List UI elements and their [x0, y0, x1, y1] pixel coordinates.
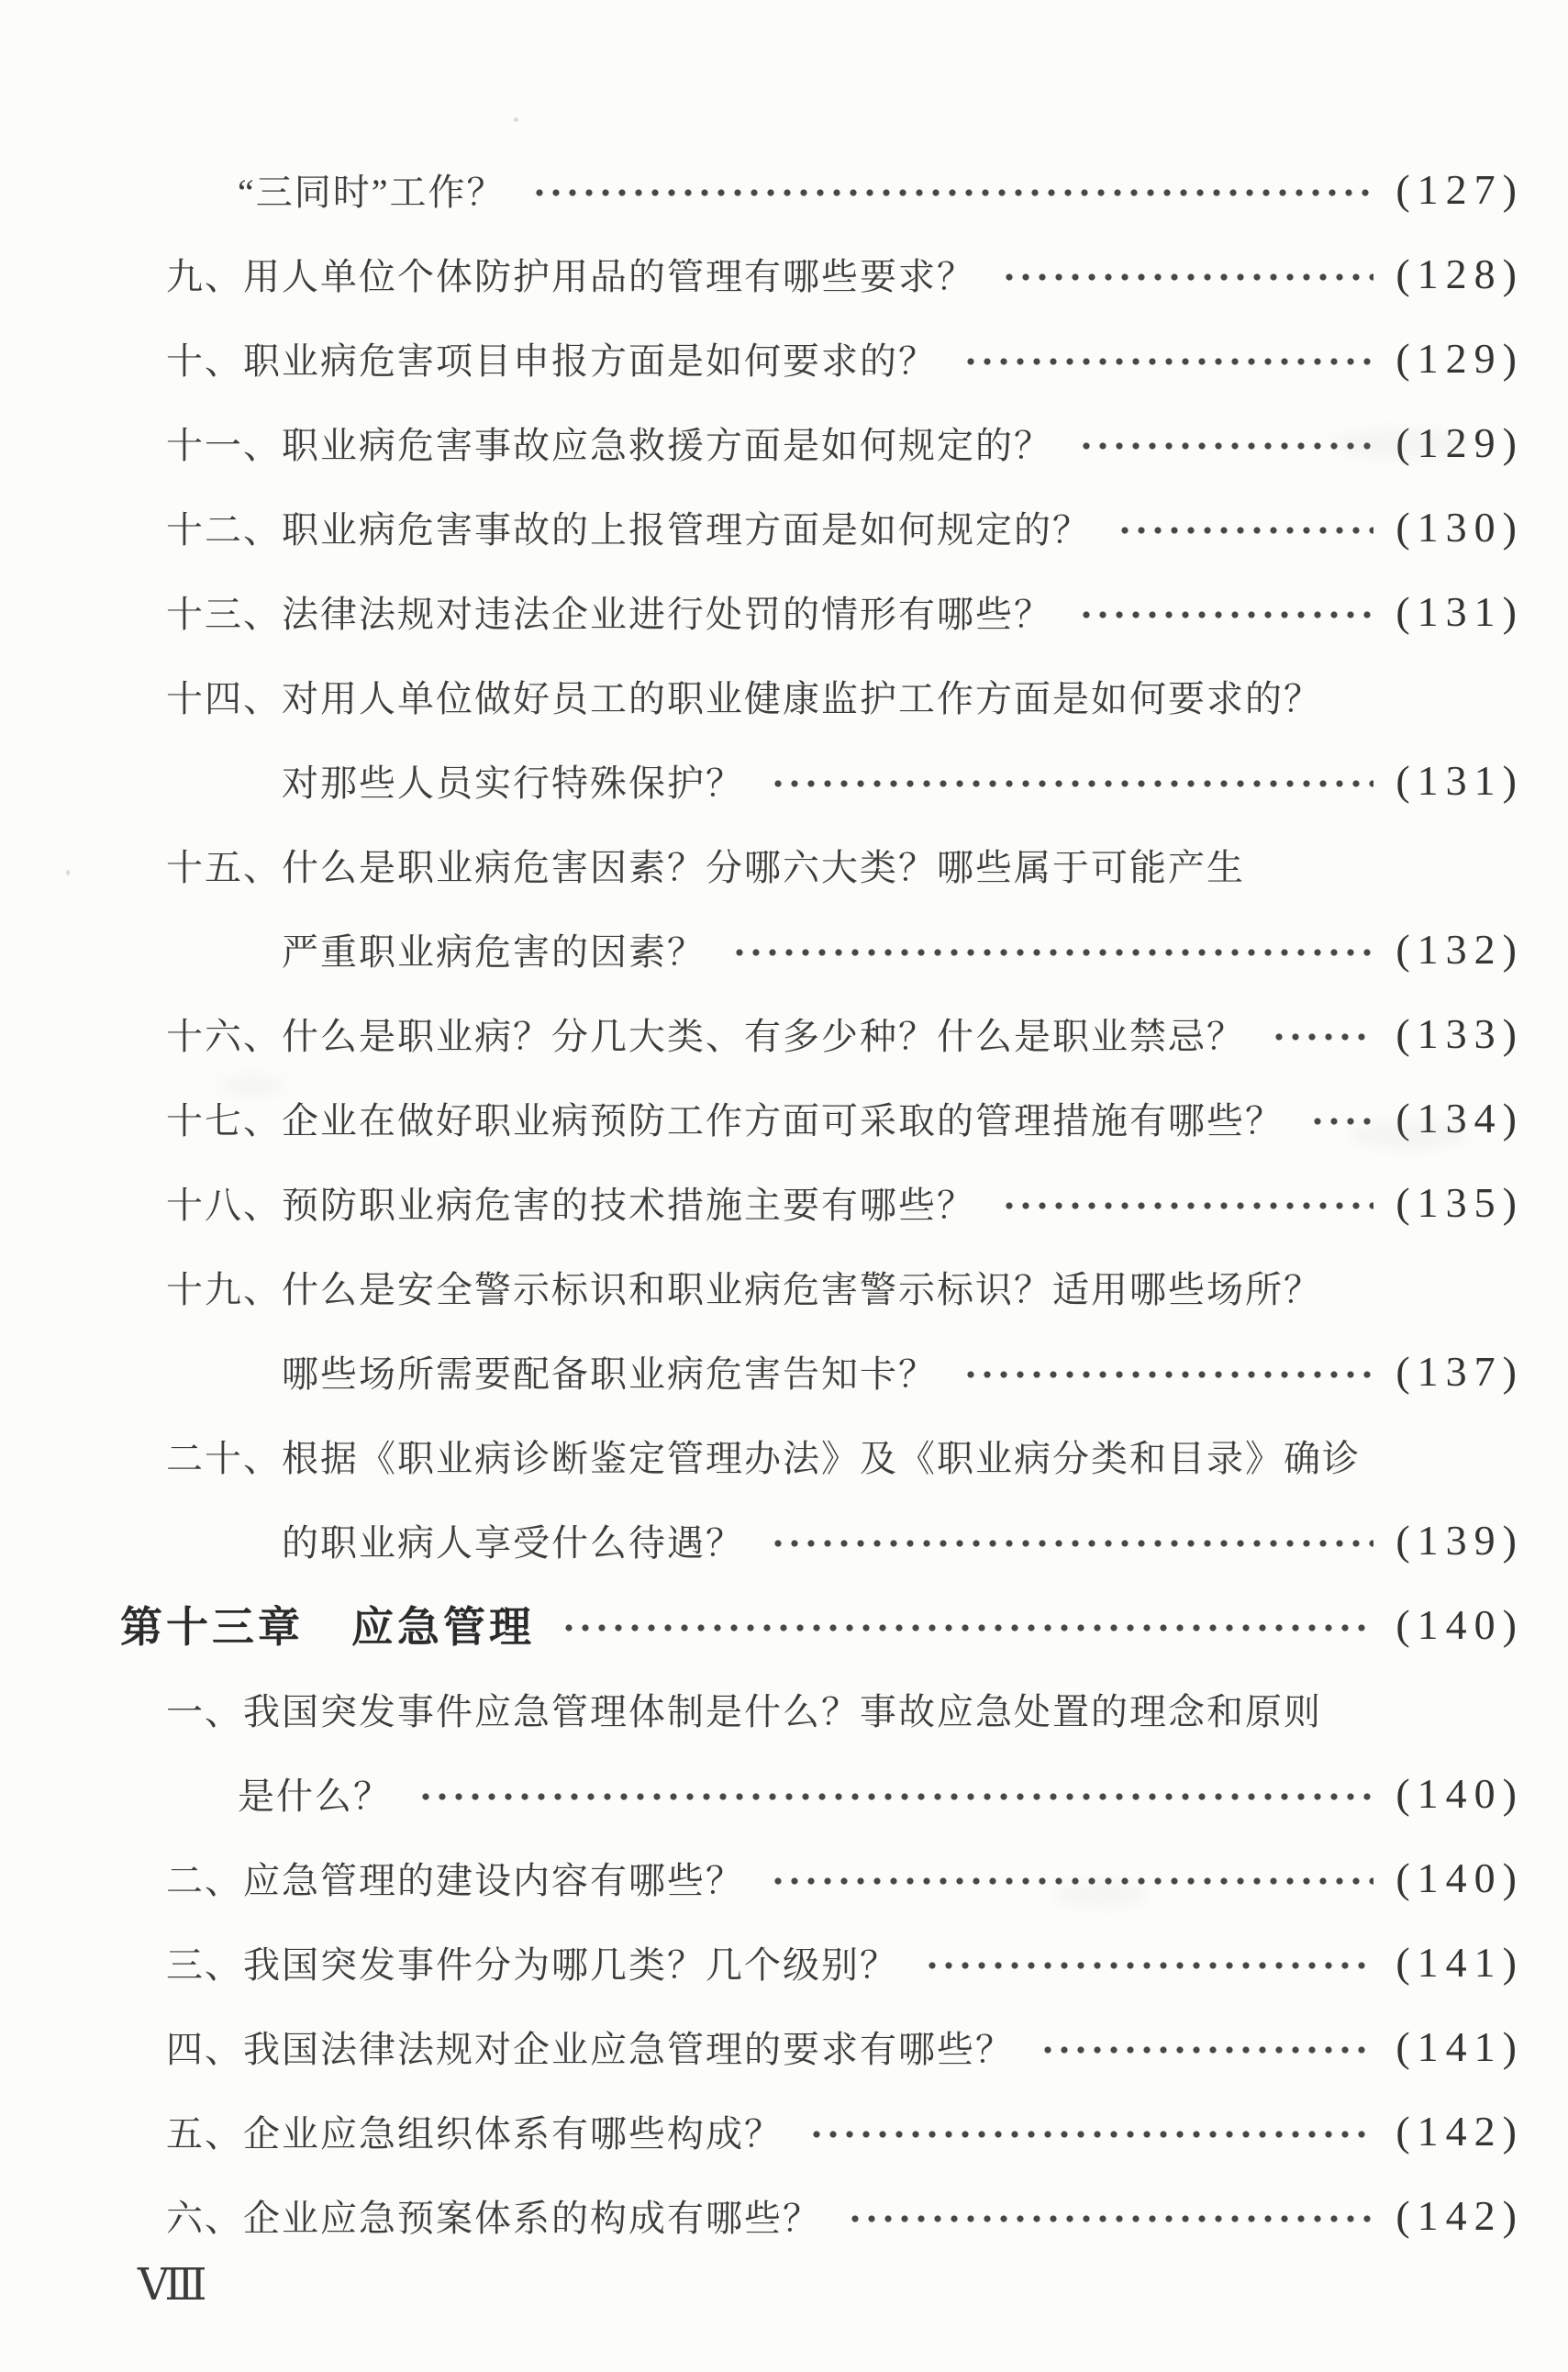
page-number: (132): [1396, 925, 1524, 974]
toc-entry: 严重职业病危害的因素？ (132): [282, 907, 1524, 991]
toc-entry: 是什么？ (140): [238, 1751, 1524, 1835]
dot-leader: [962, 357, 1373, 366]
toc-entry: 三、我国突发事件分为哪几类？几个级别？ (141): [166, 1920, 1524, 2004]
dot-leader: [1309, 1117, 1373, 1126]
entry-text: 什么是职业病？分几大类、有多少种？什么是职业禁忌？: [282, 1016, 1245, 1057]
page-number: (129): [1396, 334, 1524, 383]
page-number: (140): [1396, 1854, 1524, 1902]
dot-leader: [962, 1370, 1373, 1379]
dot-leader: [1001, 1201, 1373, 1210]
toc-entry: 十、职业病危害项目申报方面是如何要求的？ (129): [166, 316, 1524, 400]
entry-text: 的职业病人享受什么待遇？: [282, 1514, 744, 1566]
dot-leader: [1078, 441, 1373, 451]
toc-entry: 十七、企业在做好职业病预防工作方面可采取的管理措施有哪些？ (134): [166, 1075, 1524, 1160]
page-number: (140): [1396, 1769, 1524, 1818]
entry-number: 十二、: [166, 509, 282, 551]
entry-text: 应急管理的建设内容有哪些？: [243, 1860, 744, 1901]
entry-text: 职业病危害项目申报方面是如何要求的？: [243, 340, 937, 382]
entry-text: 哪些场所需要配备职业病危害告知卡？: [282, 1345, 937, 1398]
entry-number: 十、: [166, 340, 243, 382]
page-number: (137): [1396, 1347, 1524, 1396]
entry-text: 职业病危害事故的上报管理方面是如何规定的？: [282, 509, 1091, 551]
page-number: (131): [1396, 756, 1524, 805]
dot-leader: [531, 188, 1374, 197]
entry-text: 对用人单位做好员工的职业健康监护工作方面是如何要求的？: [282, 678, 1322, 719]
entry-text: 用人单位个体防护用品的管理有哪些要求？: [243, 256, 975, 297]
toc-entry: 十九、什么是安全警示标识和职业病危害警示标识？适用哪些场所？: [166, 1244, 1524, 1329]
page-number: (142): [1396, 2107, 1524, 2155]
page-footer-numeral: Ⅷ: [138, 2259, 209, 2311]
toc-entry: 九、用人单位个体防护用品的管理有哪些要求？ (128): [166, 231, 1524, 316]
entry-number: 一、: [166, 1691, 243, 1732]
dot-leader: [770, 779, 1373, 788]
scan-artifact: [220, 1075, 284, 1096]
entry-text: 法律法规对违法企业进行处罚的情形有哪些？: [282, 594, 1052, 635]
entry-text: 企业在做好职业病预防工作方面可采取的管理措施有哪些？: [282, 1100, 1284, 1141]
toc-entry: 十三、法律法规对违法企业进行处罚的情形有哪些？ (131): [166, 569, 1524, 653]
toc-entry: 十五、什么是职业病危害因素？分哪六大类？哪些属于可能产生: [166, 822, 1524, 907]
chapter-number: 第十三章: [120, 1603, 304, 1651]
scanned-toc-page: “三同时”工作？ (127) 九、用人单位个体防护用品的管理有哪些要求？ (12…: [0, 0, 1568, 2372]
dot-leader: [770, 1539, 1373, 1548]
entry-number: 三、: [166, 1944, 243, 1986]
toc-entry: 哪些场所需要配备职业病危害告知卡？ (137): [282, 1329, 1524, 1413]
dot-leader: [1271, 1032, 1373, 1041]
page-number: (128): [1396, 250, 1524, 298]
page-number: (142): [1396, 2191, 1524, 2240]
toc-entry: 六、企业应急预案体系的构成有哪些？ (142): [166, 2173, 1524, 2257]
entry-number: 十三、: [166, 594, 282, 635]
page-number: (133): [1396, 1009, 1524, 1058]
toc-entry: 十四、对用人单位做好员工的职业健康监护工作方面是如何要求的？: [166, 653, 1524, 738]
toc-entry: 四、我国法律法规对企业应急管理的要求有哪些？ (141): [166, 2004, 1524, 2088]
scan-artifact: [1055, 1883, 1147, 1907]
toc-entry: 的职业病人享受什么待遇？ (139): [282, 1498, 1524, 1582]
entry-text: 严重职业病危害的因素？: [282, 923, 706, 975]
dot-leader: [561, 1623, 1373, 1632]
entry-number: 十八、: [166, 1185, 282, 1226]
page-number: (131): [1396, 587, 1524, 636]
page-number: (135): [1396, 1178, 1524, 1227]
entry-text: 企业应急预案体系的构成有哪些？: [243, 2198, 821, 2239]
toc-entry: 五、企业应急组织体系有哪些构成？ (142): [166, 2088, 1524, 2173]
chapter-heading-row: 第十三章应急管理 (140): [120, 1582, 1524, 1666]
toc-list: “三同时”工作？ (127) 九、用人单位个体防护用品的管理有哪些要求？ (12…: [0, 147, 1568, 2257]
entry-number: 十四、: [166, 678, 282, 719]
entry-text: 什么是安全警示标识和职业病危害警示标识？适用哪些场所？: [282, 1269, 1322, 1310]
dot-leader: [1078, 610, 1373, 619]
entry-text: 我国法律法规对企业应急管理的要求有哪些？: [243, 2029, 1014, 2070]
entry-number: 十七、: [166, 1100, 282, 1141]
toc-entry: 对那些人员实行特殊保护？ (131): [282, 738, 1524, 822]
entry-number: 十五、: [166, 847, 282, 888]
page-number: (127): [1396, 165, 1524, 214]
entry-text: 是什么？: [238, 1767, 392, 1820]
toc-entry: 二十、根据《职业病诊断鉴定管理办法》及《职业病分类和目录》确诊: [166, 1413, 1524, 1498]
entry-text: 企业应急组织体系有哪些构成？: [243, 2113, 783, 2155]
dot-leader: [1001, 273, 1373, 282]
entry-number: 二、: [166, 1860, 243, 1901]
dot-leader: [417, 1792, 1373, 1801]
dot-leader: [1117, 526, 1373, 535]
scan-artifact: [1332, 429, 1470, 459]
dot-leader: [924, 1961, 1373, 1970]
entry-text: 我国突发事件应急管理体制是什么？事故应急处置的理念和原则: [243, 1691, 1322, 1732]
entry-text: 什么是职业病危害因素？分哪六大类？哪些属于可能产生: [282, 847, 1245, 888]
page-number: (130): [1396, 503, 1524, 551]
toc-entry: “三同时”工作？ (127): [238, 147, 1524, 231]
toc-entry: 一、我国突发事件应急管理体制是什么？事故应急处置的理念和原则: [166, 1666, 1524, 1751]
dot-leader: [847, 2214, 1373, 2223]
entry-number: 九、: [166, 256, 243, 297]
entry-number: 十一、: [166, 425, 282, 466]
dot-leader: [770, 1876, 1373, 1886]
entry-text: “三同时”工作？: [238, 163, 506, 216]
entry-text: 对那些人员实行特殊保护？: [282, 754, 744, 807]
toc-entry: 十一、职业病危害事故应急救援方面是如何规定的？ (129): [166, 400, 1524, 484]
dot-leader: [1040, 2045, 1373, 2055]
entry-text: 预防职业病危害的技术措施主要有哪些？: [282, 1185, 975, 1226]
chapter-title: 应急管理: [351, 1603, 535, 1651]
entry-number: 五、: [166, 2113, 243, 2155]
scan-artifact: [514, 117, 518, 122]
entry-number: 十九、: [166, 1269, 282, 1310]
page-number: (141): [1396, 2022, 1524, 2071]
toc-entry: 十六、什么是职业病？分几大类、有多少种？什么是职业禁忌？ (133): [166, 991, 1524, 1075]
toc-entry: 二、应急管理的建设内容有哪些？ (140): [166, 1835, 1524, 1920]
scan-artifact: [66, 870, 70, 875]
entry-number: 二十、: [166, 1438, 282, 1479]
toc-entry: 十二、职业病危害事故的上报管理方面是如何规定的？ (130): [166, 484, 1524, 569]
page-number: (140): [1396, 1600, 1524, 1649]
scan-artifact: [1349, 1121, 1468, 1149]
entry-number: 四、: [166, 2029, 243, 2070]
dot-leader: [731, 948, 1373, 957]
entry-text: 根据《职业病诊断鉴定管理办法》及《职业病分类和目录》确诊: [282, 1438, 1361, 1479]
entry-text: 职业病危害事故应急救援方面是如何规定的？: [282, 425, 1052, 466]
entry-number: 十六、: [166, 1016, 282, 1057]
entry-number: 六、: [166, 2198, 243, 2239]
page-number: (141): [1396, 1938, 1524, 1987]
entry-text: 我国突发事件分为哪几类？几个级别？: [243, 1944, 898, 1986]
toc-entry: 十八、预防职业病危害的技术措施主要有哪些？ (135): [166, 1160, 1524, 1244]
page-number: (139): [1396, 1516, 1524, 1565]
dot-leader: [808, 2130, 1373, 2139]
